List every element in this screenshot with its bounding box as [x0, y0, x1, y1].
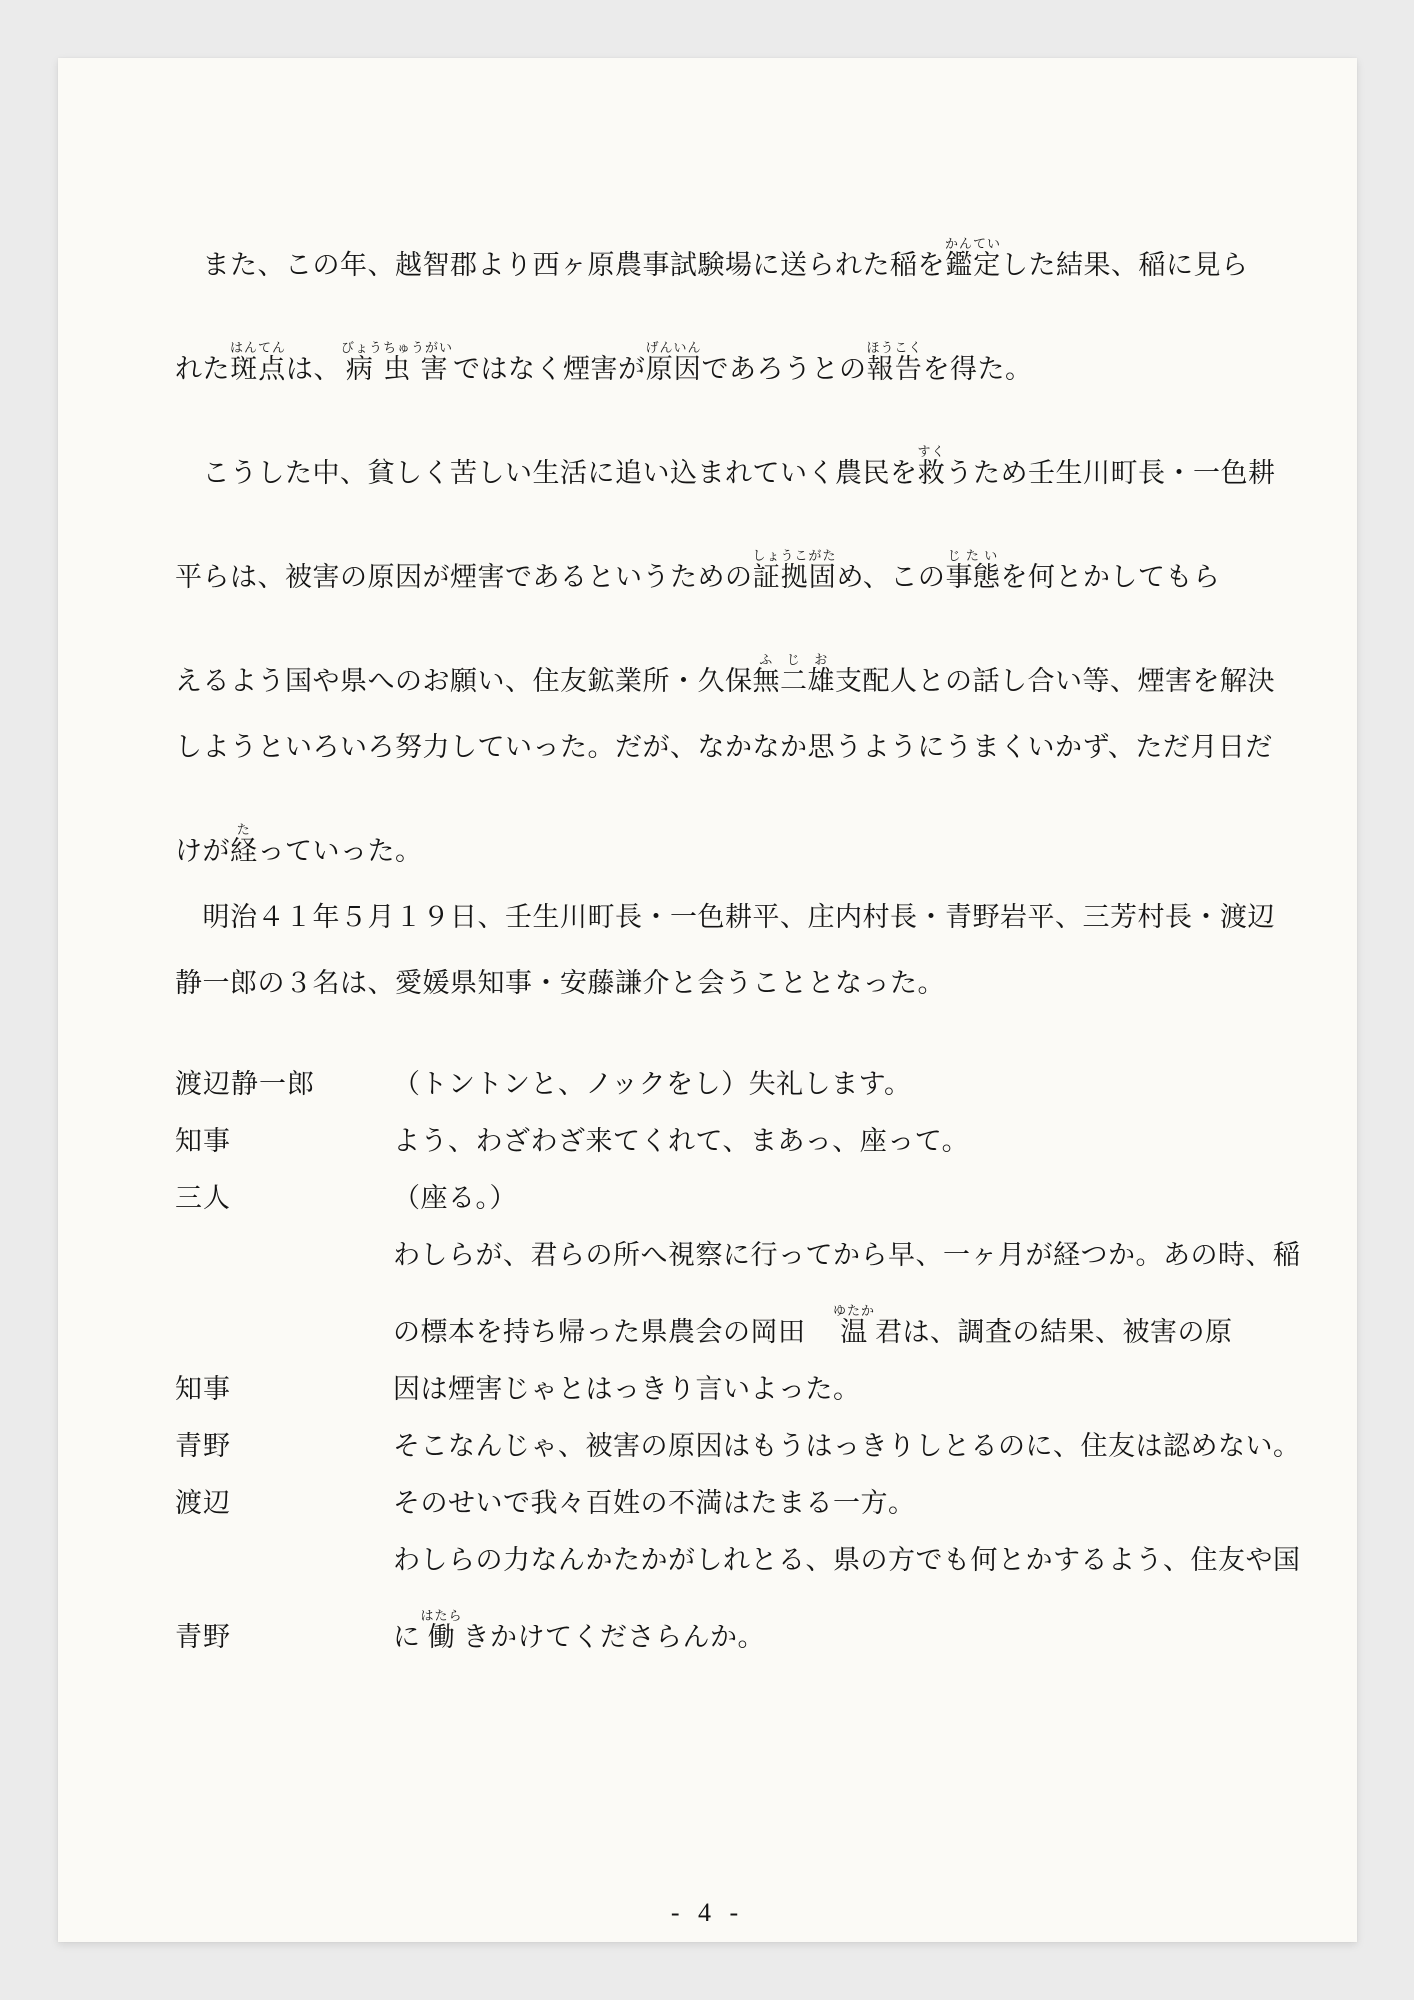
speech-line: （座る。）: [393, 1158, 1269, 1215]
ruby-term: 原因げんいん: [646, 340, 702, 386]
text-line: 静一郎の３名は、愛媛県知事・安藤謙介と会うこととなった。: [175, 934, 1269, 1000]
speech-line: の標本を持ち帰った県農会の岡田 温ゆたか 君は、調査の結果、被害の原: [393, 1272, 1301, 1349]
speaker-name: 青野: [175, 1520, 393, 1654]
speech-lines: （トントンと、ノックをし）失礼します。: [393, 1044, 1269, 1101]
text-run: えるよう国や県へのお願い、住友鉱業所・久保: [175, 659, 753, 698]
text-run: けが: [175, 829, 230, 868]
text-run: よう、わざわざ来てくれて、まあっ、座って。: [393, 1119, 969, 1158]
text-run: っていった。: [258, 829, 423, 868]
furigana: はんてん: [230, 340, 286, 355]
paragraph: 明治４１年５月１９日、壬生川町長・一色耕平、庄内村長・青野岩平、三芳村長・渡辺静…: [175, 868, 1269, 1000]
ruby-term: 病虫害びょうちゅうがい: [341, 340, 453, 386]
ruby-term: 経た: [230, 822, 258, 868]
ruby-term: 証拠固しょうこがた: [753, 548, 837, 594]
furigana: しょうこがた: [753, 548, 837, 563]
furigana: はたら: [421, 1608, 463, 1623]
text-run: （トントンと、ノックをし）失礼します。: [393, 1062, 911, 1101]
speech-line: よう、わざわざ来てくれて、まあっ、座って。: [393, 1101, 1269, 1158]
speech-line: 因は煙害じゃとはっきり言いよった。: [393, 1349, 1301, 1406]
speech-line: そこなんじゃ、被害の原因はもうはっきりしとるのに、住友は認めない。: [393, 1406, 1301, 1463]
text-line: しようといろいろ努力していった。だが、なかなか思うようにうまくいかず、ただ月日だ: [175, 698, 1269, 764]
text-run: 平らは、被害の原因が煙害であるというための: [175, 555, 753, 594]
text-run: （座る。）: [393, 1176, 517, 1215]
speech-lines: よう、わざわざ来てくれて、まあっ、座って。: [393, 1101, 1269, 1158]
text-run: しようといろいろ努力していった。だが、なかなか思うようにうまくいかず、ただ月日だ: [175, 725, 1273, 764]
dialogue-row: 渡辺そのせいで我々百姓の不満はたまる一方。: [175, 1463, 1269, 1520]
text-run: した結果、稲に見ら: [1001, 243, 1249, 282]
speech-line: に 働はたら きかけてくださらんか。: [393, 1577, 1301, 1654]
paragraph: また、この年、越智郡より西ヶ原農事試験場に送られた稲を 鑑定かんていした結果、稲…: [175, 178, 1269, 386]
furigana: ほうこく: [867, 340, 923, 355]
speaker-name: 三人: [175, 1158, 393, 1215]
text-run: 静一郎の３名は、愛媛県知事・安藤謙介と会うこととなった。: [175, 961, 945, 1000]
text-run: 君は、調査の結果、被害の原: [875, 1310, 1233, 1349]
dialogue-row: 渡辺静一郎（トントンと、ノックをし）失礼します。: [175, 1044, 1269, 1101]
text-run: め、この: [837, 555, 946, 594]
dialogue-row: 知事わしらが、君らの所へ視察に行ってから早、一ヶ月が経つか。あの時、稲の標本を持…: [175, 1215, 1269, 1406]
dialogue-section: 渡辺静一郎（トントンと、ノックをし）失礼します。知事よう、わざわざ来てくれて、ま…: [175, 1044, 1269, 1654]
speech-lines: （座る。）: [393, 1158, 1269, 1215]
speech-line: わしらの力なんかたかがしれとる、県の方でも何とかするよう、住友や国: [393, 1520, 1301, 1577]
speech-lines: そのせいで我々百姓の不満はたまる一方。: [393, 1463, 1269, 1520]
ruby-term: 鑑定かんてい: [945, 236, 1001, 282]
ruby-term: 報告ほうこく: [867, 340, 923, 386]
speaker-name: 知事: [175, 1215, 393, 1406]
text-run: うため壬生川町長・一色耕: [946, 451, 1276, 490]
ruby-term: 事態じたい: [945, 548, 1000, 594]
text-run: わしらが、君らの所へ視察に行ってから早、一ヶ月が経つか。あの時、稲: [393, 1233, 1301, 1272]
text-run: そこなんじゃ、被害の原因はもうはっきりしとるのに、住友は認めない。: [393, 1424, 1301, 1463]
text-run: わしらの力なんかたかがしれとる、県の方でも何とかするよう、住友や国: [393, 1538, 1301, 1577]
text-line: けが 経たっていった。: [175, 764, 1269, 868]
speaker-name: 渡辺: [175, 1463, 393, 1520]
text-run: れた: [175, 347, 230, 386]
text-line: れた 斑点はんてんは、 病虫害びょうちゅうがい ではなく煙害が 原因げんいんであ…: [175, 282, 1269, 386]
speech-lines: わしらが、君らの所へ視察に行ってから早、一ヶ月が経つか。あの時、稲の標本を持ち帰…: [393, 1215, 1301, 1406]
dialogue-row: 青野わしらの力なんかたかがしれとる、県の方でも何とかするよう、住友や国に 働はた…: [175, 1520, 1269, 1654]
furigana: すく: [918, 444, 946, 459]
ruby-term: 無二雄ふじお: [753, 652, 836, 698]
text-run: 因は煙害じゃとはっきり言いよった。: [393, 1367, 861, 1406]
speech-lines: そこなんじゃ、被害の原因はもうはっきりしとるのに、住友は認めない。: [393, 1406, 1301, 1463]
paragraphs: また、この年、越智郡より西ヶ原農事試験場に送られた稲を 鑑定かんていした結果、稲…: [175, 178, 1269, 1000]
page-number: - 4 -: [58, 1898, 1357, 1928]
text-line: 明治４１年５月１９日、壬生川町長・一色耕平、庄内村長・青野岩平、三芳村長・渡辺: [175, 868, 1269, 934]
text-run: ではなく煙害が: [453, 347, 646, 386]
speaker-name: 知事: [175, 1101, 393, 1158]
speech-line: （トントンと、ノックをし）失礼します。: [393, 1044, 1269, 1101]
document-page: また、この年、越智郡より西ヶ原農事試験場に送られた稲を 鑑定かんていした結果、稲…: [58, 58, 1357, 1942]
ruby-term: 斑点はんてん: [230, 340, 286, 386]
text-run: に: [393, 1615, 421, 1654]
furigana: ふじお: [753, 652, 835, 667]
speech-line: わしらが、君らの所へ視察に行ってから早、一ヶ月が経つか。あの時、稲: [393, 1215, 1301, 1272]
furigana: じたい: [945, 548, 1000, 563]
text-run: の標本を持ち帰った県農会の岡田: [393, 1310, 833, 1349]
furigana: ゆたか: [833, 1303, 875, 1318]
text-run: きかけてくださらんか。: [463, 1615, 766, 1654]
text-run: を何とかしてもら: [1000, 555, 1220, 594]
text-line: えるよう国や県へのお願い、住友鉱業所・久保 無二雄ふじお支配人との話し合い等、煙…: [175, 594, 1269, 698]
text-run: は、: [286, 347, 341, 386]
text-run: こうした中、貧しく苦しい生活に追い込まれていく農民を: [175, 451, 918, 490]
ruby-term: 温ゆたか: [833, 1303, 875, 1349]
speaker-name: 青野: [175, 1406, 393, 1463]
document-content: また、この年、越智郡より西ヶ原農事試験場に送られた稲を 鑑定かんていした結果、稲…: [175, 178, 1269, 1654]
text-run: 支配人との話し合い等、煙害を解決: [835, 659, 1275, 698]
text-run: であろうとの: [702, 347, 867, 386]
dialogue-row: 知事よう、わざわざ来てくれて、まあっ、座って。: [175, 1101, 1269, 1158]
text-line: こうした中、貧しく苦しい生活に追い込まれていく農民を 救すくうため壬生川町長・一…: [175, 386, 1269, 490]
desktop-background: { "document": { "page_number": "- 4 -", …: [0, 0, 1414, 2000]
speech-lines: わしらの力なんかたかがしれとる、県の方でも何とかするよう、住友や国に 働はたら …: [393, 1520, 1301, 1654]
text-run: を得た。: [923, 347, 1033, 386]
paragraph: こうした中、貧しく苦しい生活に追い込まれていく農民を 救すくうため壬生川町長・一…: [175, 386, 1269, 868]
dialogue-row: 三人（座る。）: [175, 1158, 1269, 1215]
ruby-term: 救すく: [918, 444, 946, 490]
text-line: また、この年、越智郡より西ヶ原農事試験場に送られた稲を 鑑定かんていした結果、稲…: [175, 178, 1269, 282]
speech-line: そのせいで我々百姓の不満はたまる一方。: [393, 1463, 1269, 1520]
text-run: そのせいで我々百姓の不満はたまる一方。: [393, 1481, 916, 1520]
dialogue-row: 青野そこなんじゃ、被害の原因はもうはっきりしとるのに、住友は認めない。: [175, 1406, 1269, 1463]
furigana: かんてい: [945, 236, 1001, 251]
text-run: また、この年、越智郡より西ヶ原農事試験場に送られた稲を: [175, 243, 945, 282]
text-line: 平らは、被害の原因が煙害であるというための 証拠固しょうこがため、この 事態じた…: [175, 490, 1269, 594]
text-run: 明治４１年５月１９日、壬生川町長・一色耕平、庄内村長・青野岩平、三芳村長・渡辺: [175, 895, 1275, 934]
ruby-term: 働はたら: [421, 1608, 463, 1654]
speaker-name: 渡辺静一郎: [175, 1044, 393, 1101]
furigana: びょうちゅうがい: [341, 340, 453, 355]
furigana: た: [230, 822, 257, 837]
furigana: げんいん: [646, 340, 702, 355]
